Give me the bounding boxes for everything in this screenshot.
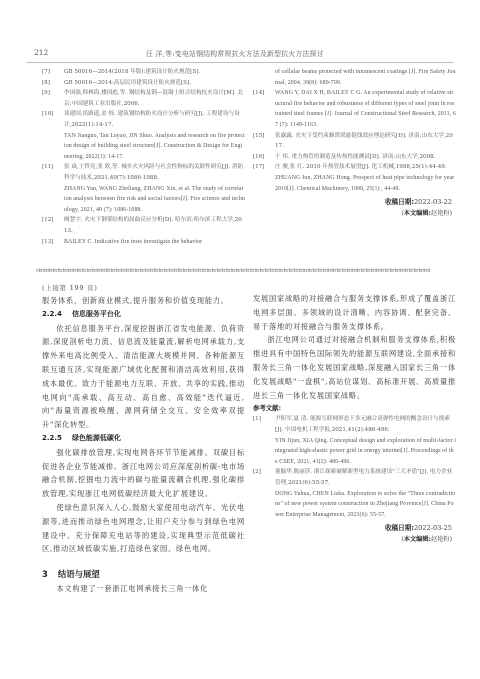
editor-note: (本文编辑:赵艳粉) (253, 208, 456, 219)
paragraph: 使绿色意识深入人心,鼓励大家使用电动汽车、光伏电源等,进而推动绿色电网理念,让用… (42, 501, 245, 556)
article-divider-ornament: ઌઌઌઌઌઌઌઌઌઌઌઌઌઌઌઌઌઌઌઌઌઌઌઌઌઌઌઌઌઌઌઌઌઌઌઌઌઌઌઌ… (36, 268, 460, 274)
reference-item: [1] 尹积军,夏 清. 能源互联网形态下多元融合高弹性电网的概念设计与探索[J… (253, 414, 456, 467)
reference-item: [9] 李国强,韩林海,楼国彪,等. 钢结构及钢—混凝土组合结构抗火设计[M].… (42, 88, 245, 109)
page-number: 212 (34, 48, 48, 57)
reference-item: [11] 张 焱,王哲亮,张 欣,等. 城乡火灾风险与社会性指标的关联性研究[J… (42, 162, 245, 215)
reference-item: [2] 董毓华,陈丽莎. 浙江探索破解新型电力系统建设"三大矛盾"[J]. 电力… (253, 467, 456, 520)
paragraph: 发展国家战略的对接融合与服务支撑体系,形成了覆盖浙江电网多层面、多领域的设计清晰… (253, 292, 456, 333)
reference-item: [14] WANG Y, DAI X H, BAILEY C G. An exp… (253, 88, 456, 130)
received-date: 收稿日期:2022-03-22 (253, 196, 456, 208)
journal-page: 212 汪 洋,等:变电站钢结构常规抗火方法及新型抗火方法探讨 [7] GB 5… (0, 0, 480, 679)
received-date: 收稿日期:2022-03-25 (253, 522, 456, 534)
paragraph: 依托信息服务平台,深度挖掘浙江省发电能源、负荷资源,深度剖析电力流、信息流及能量… (42, 322, 245, 432)
reference-item: [16] 于 伟. 重力热管的制造及传热性能测试[D]. 济南:山东大学,200… (253, 152, 456, 163)
paragraph: 服务体系、创新商业模式,提升服务和价值变现能力。 (42, 294, 245, 308)
reference-item: [8] GB 50016—2014:高层民用建筑设计防火规范[S]. (42, 78, 245, 89)
reference-item: [15] 张露露. 火灾下受约束蜂窝梁悬链线效应理论研究[D]. 济南:山东大学… (253, 131, 456, 152)
reference-item: [17] 庄 骏,张 红. 2010 年热管技术展望[J]. 化工机械,1998… (253, 162, 456, 194)
references-heading: 参考文献: (253, 402, 456, 414)
reference-item: [13] BAILEY C. Indicative fire tests inv… (42, 237, 245, 248)
reference-item: of cellular beams protected with intumes… (253, 67, 456, 88)
editor-note: (本文编辑:赵艳粉) (253, 534, 456, 545)
header-rule (26, 62, 454, 63)
prev-references-right: of cellular beams protected with intumes… (253, 67, 456, 219)
section-heading-2-2-4: 2.2.4信息服务平台化 (42, 308, 245, 322)
page-header: 212 汪 洋,等:变电站钢结构常规抗火方法及新型抗火方法探讨 (34, 48, 464, 62)
prev-references-left: [7] GB 50016—2014(2018 年版):建筑设计防火规范[S]. … (42, 67, 245, 247)
article-column-right: 发展国家战略的对接融合与服务支撑体系,形成了覆盖浙江电网多层面、多领域的设计清晰… (253, 292, 456, 545)
article-column-left: (上接第 199 页) 服务体系、创新商业模式,提升服务和价值变现能力。 2.2… (42, 282, 245, 596)
paragraph: 本文构建了一套浙江电网承接长三角一体化 (42, 582, 245, 596)
reference-item: [7] GB 50016—2014(2018 年版):建筑设计防火规范[S]. (42, 67, 245, 78)
paragraph: 强化碳排放管理,实现电网各环节节能减排。双碳目标促进各企业节能减排。浙江电网公司… (42, 446, 245, 501)
section-heading-3: 3结语与展望 (42, 566, 245, 582)
reference-item: [12] 阙慧宇. 火灾下钢架结构的屈曲反应分析[D]. 哈尔滨:哈尔滨工程大学… (42, 215, 245, 236)
section-heading-2-2-5: 2.2.5绿色能源低碳化 (42, 432, 245, 446)
continued-note: (上接第 199 页) (42, 282, 245, 294)
paragraph: 浙江电网公司通过对接融合机制和服务支撑体系,积极推进具有中国特色国际领先的能源互… (253, 333, 456, 402)
running-title: 汪 洋,等:变电站钢结构常规抗火方法及新型抗火方法探讨 (146, 48, 324, 58)
reference-item: [10] 谈建国,谈路遥,金 烁. 建筑钢结构防火设计分析与研究[J]. 工程建… (42, 109, 245, 162)
